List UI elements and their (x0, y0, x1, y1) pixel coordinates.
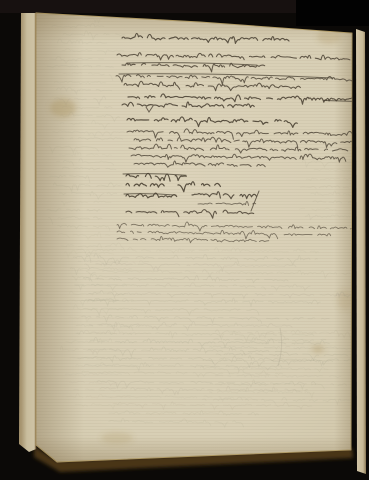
manuscript-scan-page (0, 0, 369, 480)
photo-background-deep-shadow (296, 0, 369, 26)
foxing-stain (317, 30, 341, 44)
foxing-stain (337, 290, 353, 310)
foxing-stain (312, 345, 324, 353)
book-photograph (0, 0, 369, 480)
facing-page-fore-edge (356, 29, 366, 474)
gutter-shadow (36, 13, 84, 463)
left-page-edge (19, 13, 36, 452)
foxing-stain (101, 432, 133, 444)
